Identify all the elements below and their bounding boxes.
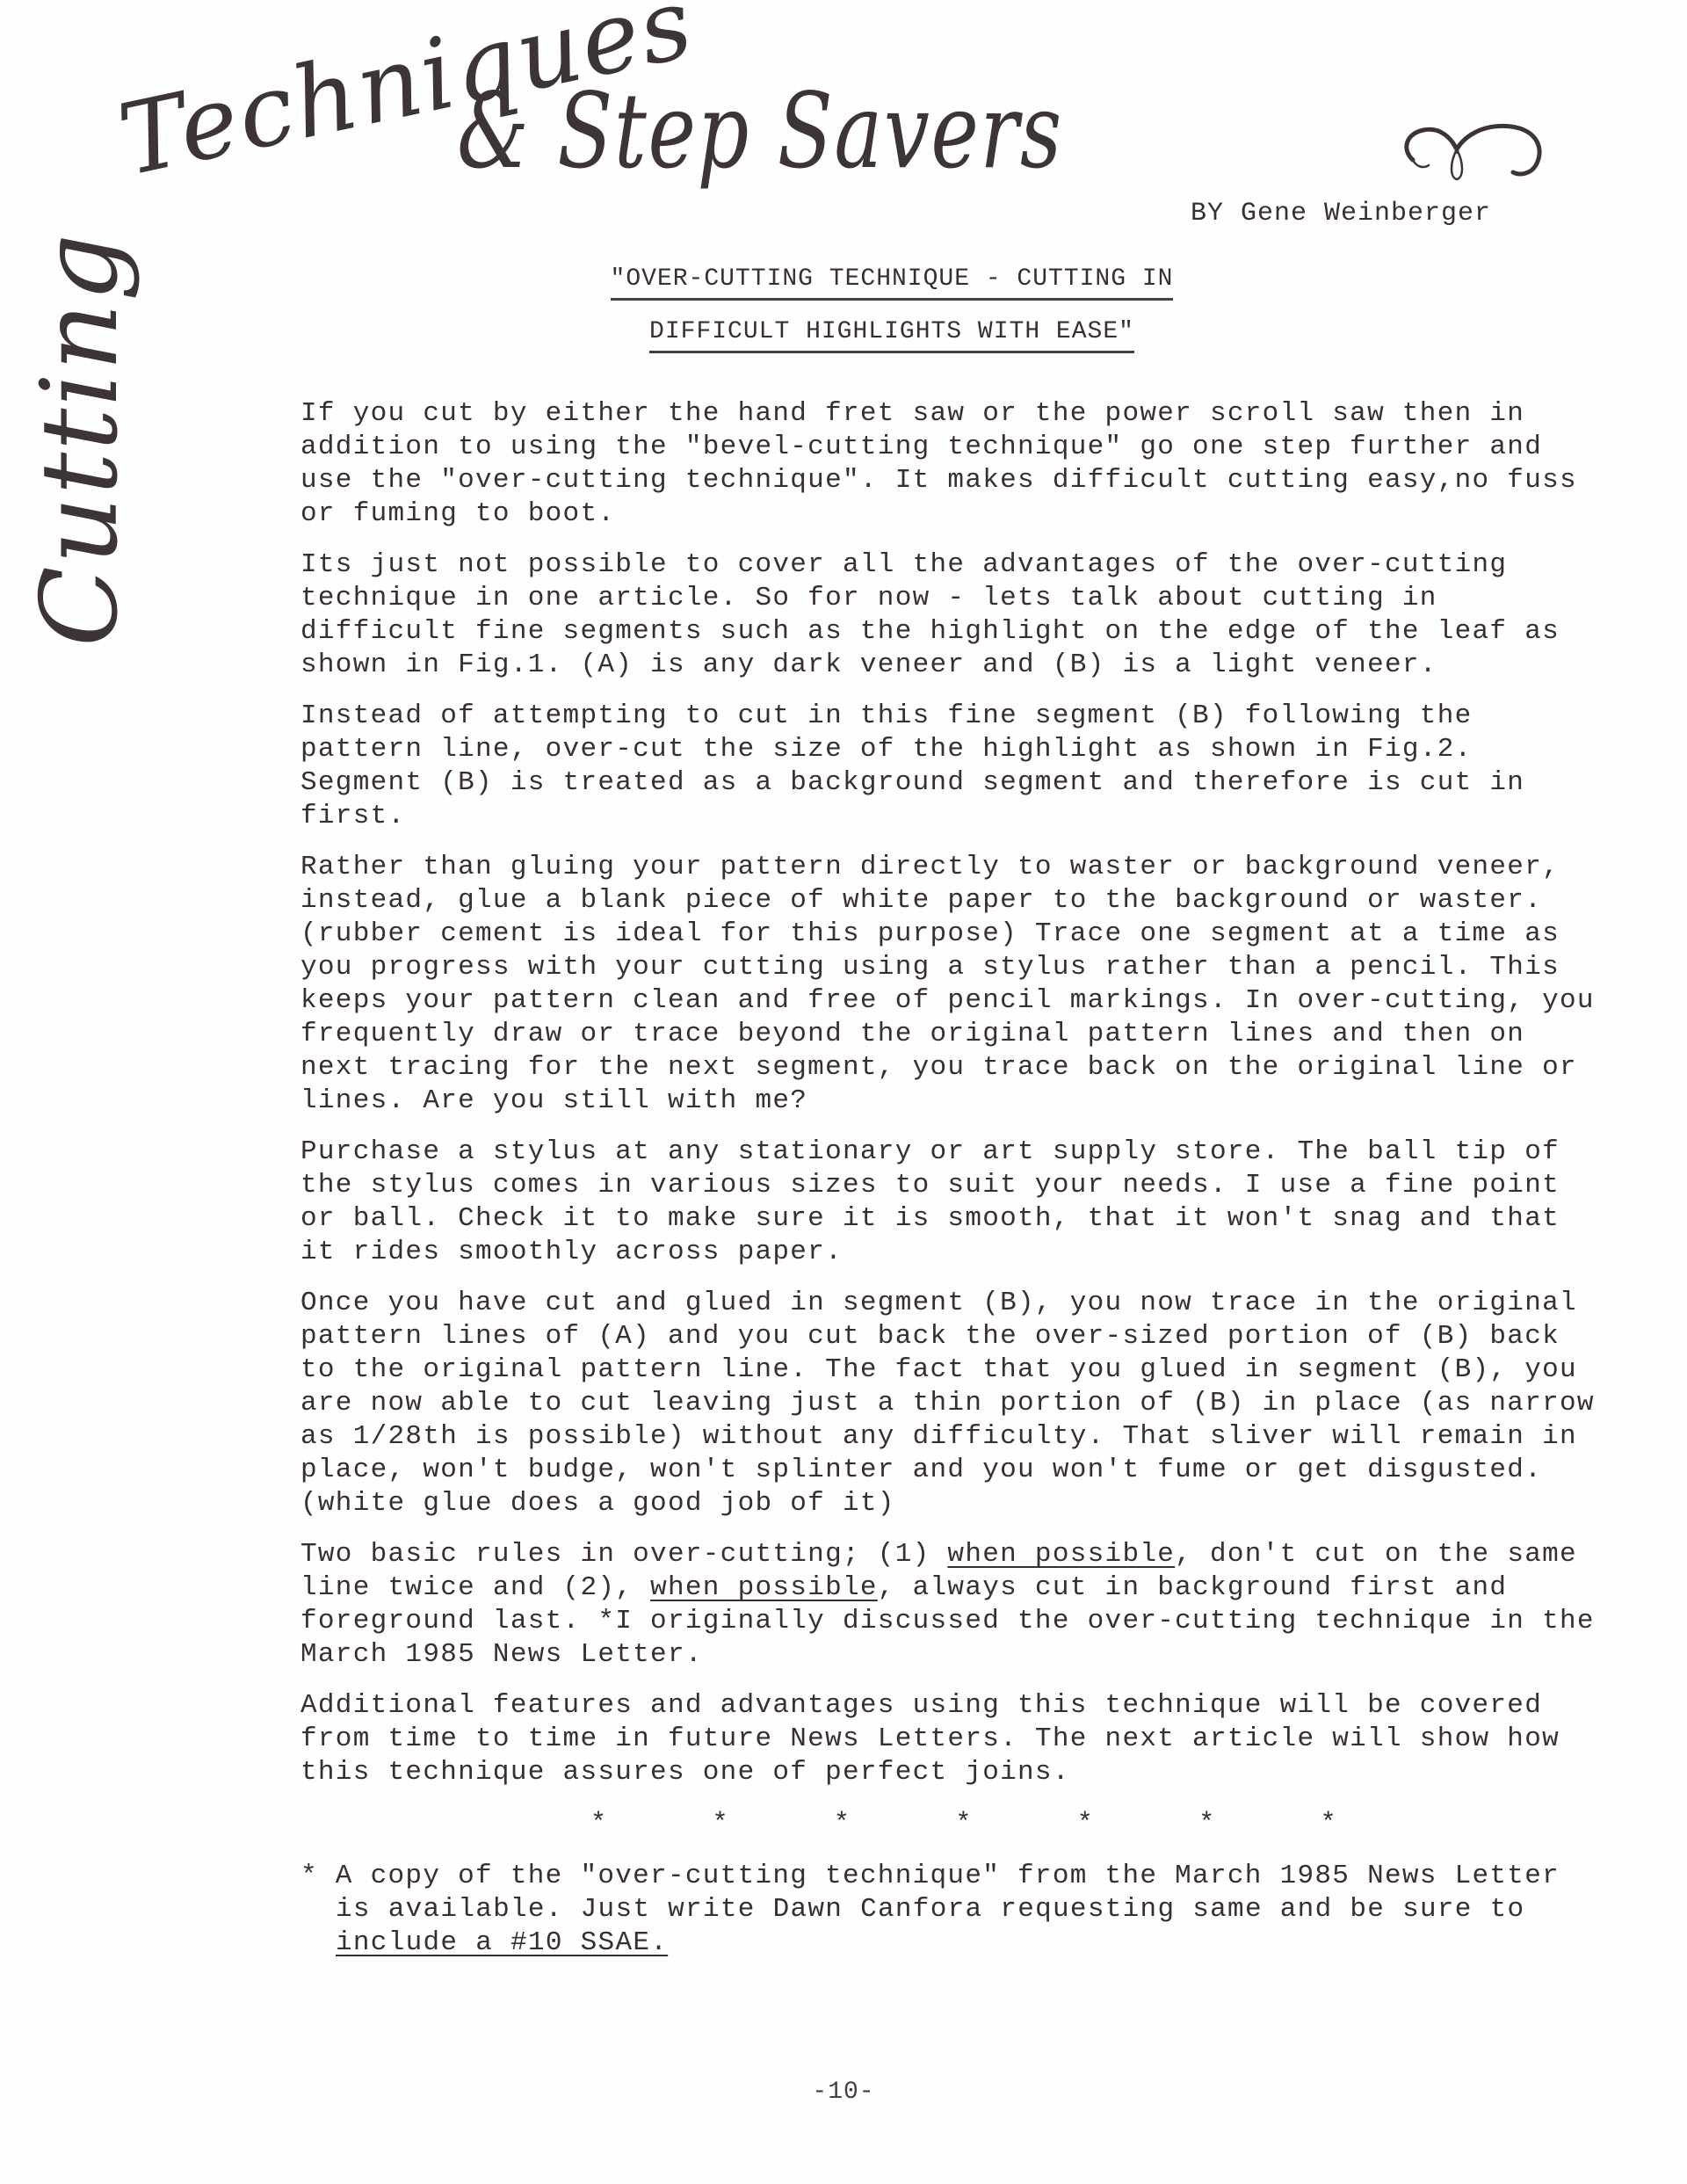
rules-paragraph: Two basic rules in over-cutting; (1) whe… <box>300 1538 1601 1672</box>
paragraph-5: Purchase a stylus at any stationary or a… <box>300 1136 1601 1269</box>
footnote-text: * A copy of the "over-cutting technique"… <box>300 1861 1560 1925</box>
byline: BY Gene Weinberger <box>1191 199 1491 229</box>
paragraph-6: Once you have cut and glued in segment (… <box>300 1287 1601 1520</box>
asterisk: * <box>1321 1807 1337 1840</box>
article-heading-text-1: "OVER-CUTTING TECHNIQUE - CUTTING IN <box>611 265 1174 301</box>
separator-asterisks: * * * * * * * <box>590 1807 1337 1840</box>
document-page: Cutting Techniques & Step Savers BY Gene… <box>0 0 1687 2184</box>
closing-paragraph: Additional features and advantages using… <box>300 1689 1601 1789</box>
article-heading-line-1: "OVER-CUTTING TECHNIQUE - CUTTING IN <box>48 265 1687 293</box>
asterisk: * <box>712 1807 728 1840</box>
footnote-emphasis: include a #10 SSAE. <box>336 1927 668 1958</box>
asterisk: * <box>1077 1807 1094 1840</box>
flourish-ornament-icon <box>1397 114 1546 193</box>
rules-text-1: Two basic rules in over-cutting; (1) <box>300 1539 947 1570</box>
rules-emphasis-2: when possible <box>650 1572 878 1603</box>
asterisk: * <box>1198 1807 1215 1840</box>
article-body: If you cut by either the hand fret saw o… <box>300 397 1601 1960</box>
footnote: * A copy of the "over-cutting technique"… <box>300 1860 1601 1960</box>
paragraph-4: Rather than gluing your pattern directly… <box>300 851 1601 1118</box>
asterisk: * <box>834 1807 851 1840</box>
asterisk: * <box>955 1807 972 1840</box>
asterisk: * <box>590 1807 607 1840</box>
paragraph-1: If you cut by either the hand fret saw o… <box>300 397 1601 531</box>
paragraph-2: Its just not possible to cover all the a… <box>300 548 1601 682</box>
article-heading-text-2: DIFFICULT HIGHLIGHTS WITH EASE" <box>649 318 1134 353</box>
article-heading-line-2: DIFFICULT HIGHLIGHTS WITH EASE" <box>48 318 1687 345</box>
page-number: -10- <box>0 2079 1687 2106</box>
title-step-savers: & Step Savers <box>457 79 1063 183</box>
paragraph-3: Instead of attempting to cut in this fin… <box>300 700 1601 833</box>
rules-emphasis-1: when possible <box>947 1539 1175 1570</box>
